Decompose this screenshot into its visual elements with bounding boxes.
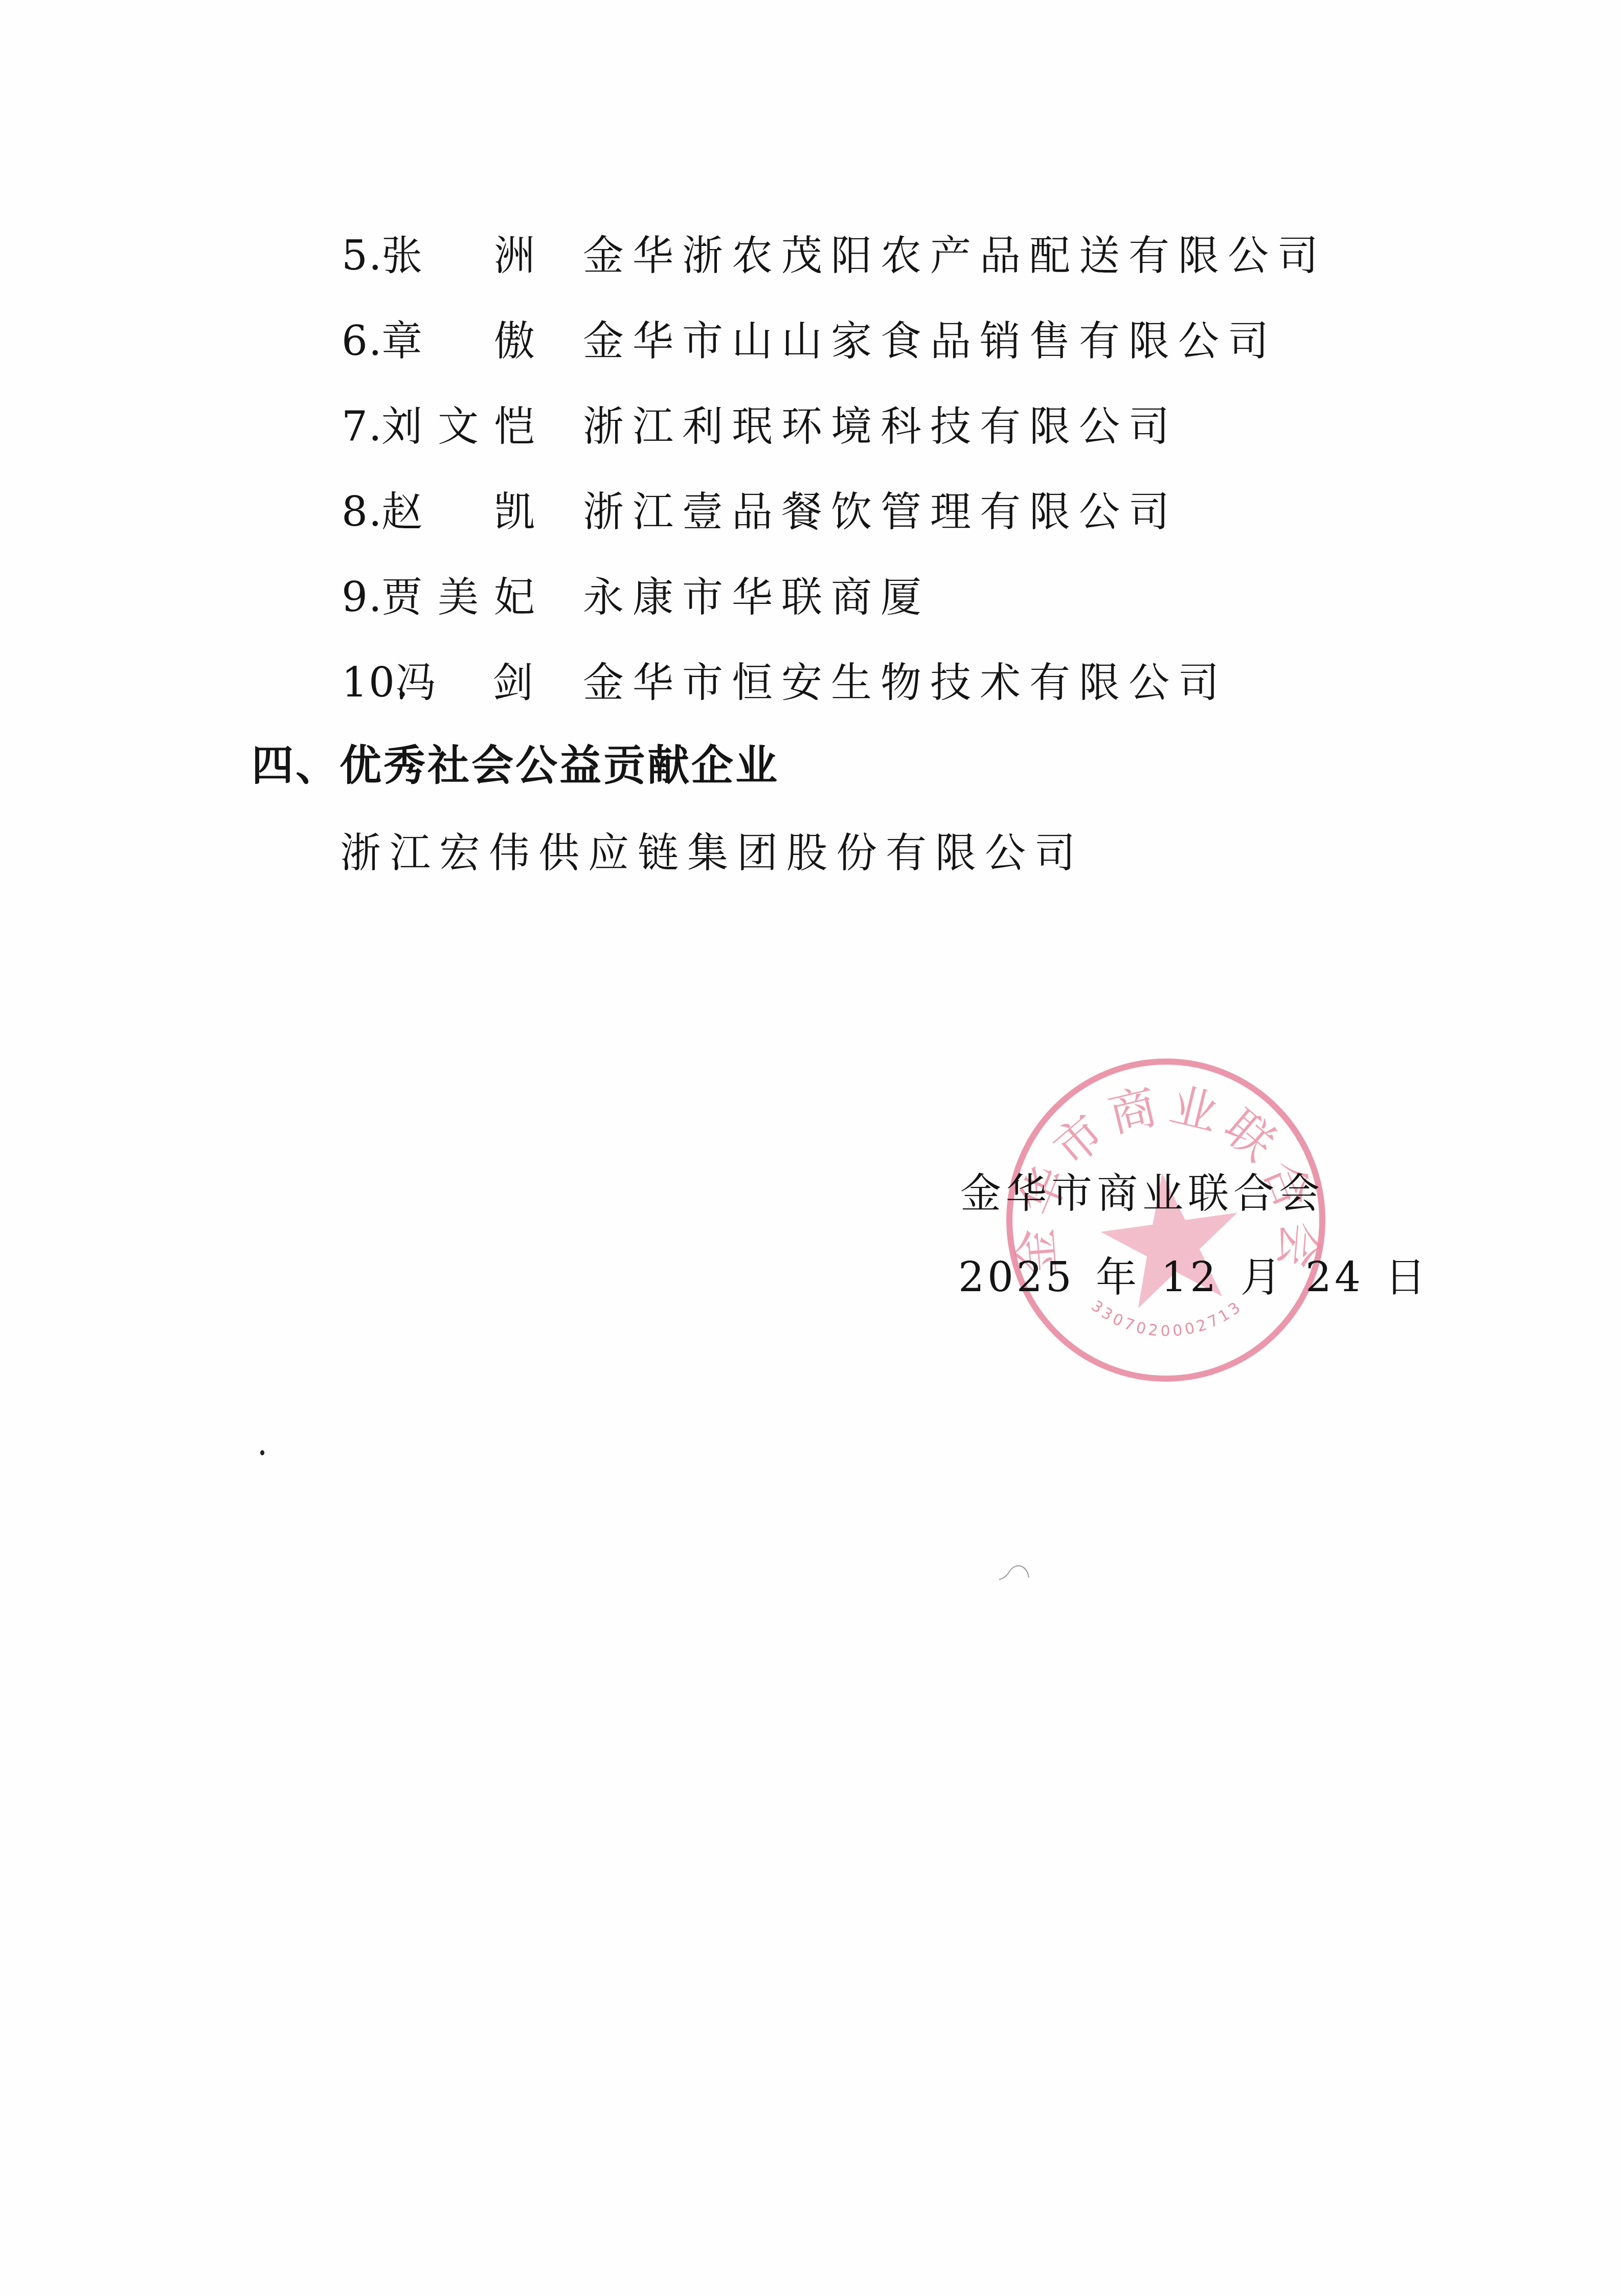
scan-artifact-icon [997, 1562, 1033, 1583]
item-number: 5. [342, 230, 382, 281]
company-name: 金华浙农茂阳农产品配送有限公司 [583, 230, 1327, 281]
name-char: 章 [381, 316, 422, 367]
official-seal-icon: 金华市商业联合会 3307020002713 [1003, 1057, 1331, 1385]
signing-date: 2025 年 12 月 24 日 [958, 1252, 1429, 1303]
company-name: 浙江壹品餐饮管理有限公司 [583, 486, 1178, 537]
name-char: 洲 [494, 230, 535, 281]
person-name: 张 洲 [381, 230, 535, 281]
name-char: 妃 [494, 572, 535, 623]
company-name: 永康市华联商厦 [583, 572, 930, 623]
name-char: 恺 [494, 401, 535, 452]
company-name: 金华市恒安生物技术有限公司 [583, 657, 1228, 708]
item-number: 7. [342, 401, 382, 452]
name-char: 文 [438, 401, 479, 452]
name-char: 冯 [395, 657, 436, 708]
section-heading: 四、优秀社会公益贡献企业 [252, 740, 779, 792]
item-number: 6. [342, 316, 382, 367]
name-char: 傲 [494, 316, 535, 367]
document-page: 5. 张 洲 金华浙农茂阳农产品配送有限公司 6. 章 傲 金华市山山家食品销售… [0, 0, 1623, 2296]
name-char: 剑 [492, 657, 533, 708]
company-name: 金华市山山家食品销售有限公司 [583, 316, 1277, 367]
scan-speck [260, 1450, 264, 1455]
name-char: 凯 [494, 486, 535, 537]
item-number: 9. [342, 572, 382, 623]
section-company-name: 浙江宏伟供应链集团股份有限公司 [340, 827, 1084, 879]
svg-text:3307020002713: 3307020002713 [1088, 1297, 1246, 1340]
item-number: 8. [342, 486, 382, 537]
person-name: 赵 凯 [381, 486, 535, 537]
name-char: 贾 [381, 572, 422, 623]
name-char: 赵 [381, 486, 422, 537]
person-name: 冯 剑 [395, 657, 533, 708]
person-name: 刘 文 恺 [381, 401, 535, 452]
name-char: 美 [438, 572, 479, 623]
company-name: 浙江利珉环境科技有限公司 [583, 401, 1178, 452]
name-char: 刘 [381, 401, 422, 452]
name-char: 张 [381, 230, 422, 281]
signing-organization: 金华市商业联合会 [960, 1168, 1324, 1219]
person-name: 章 傲 [381, 316, 535, 367]
person-name: 贾 美 妃 [381, 572, 535, 623]
